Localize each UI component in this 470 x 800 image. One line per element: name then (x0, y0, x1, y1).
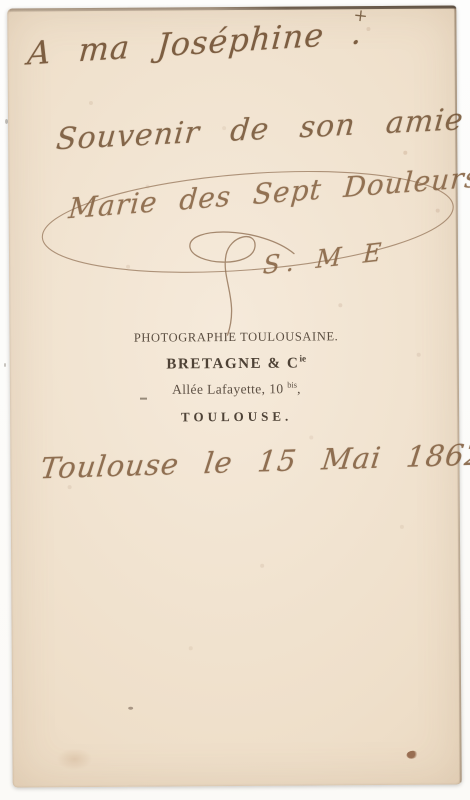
stamp-print-artifact (140, 398, 147, 400)
stamp-address-line: Allée Lafayette, 10 bis, (12, 380, 461, 397)
dedication-line: A ma Joséphine . (26, 13, 364, 72)
foxing-freckles (7, 9, 9, 11)
age-stain-speck (128, 707, 133, 710)
carte-de-visite-back: + A ma Joséphine . Souvenir de son amie … (7, 5, 461, 787)
flourish-stroke (190, 232, 295, 336)
age-stain-spot (406, 751, 417, 759)
stamp-studio-line: PHOTOGRAPHIE TOULOUSAINE. (12, 329, 461, 345)
corner-foxing-stain (56, 748, 92, 770)
scanned-photo-background: + A ma Joséphine . Souvenir de son amie … (0, 0, 470, 800)
photographer-stamp: PHOTOGRAPHIE TOULOUSAINE. BRETAGNE & Cie… (12, 329, 462, 424)
date-line: Toulouse le 15 Mai 1862. (38, 437, 470, 485)
scan-dust-speck (4, 363, 6, 367)
stamp-address-superscript: bis (287, 380, 297, 389)
souvenir-line: Souvenir de son amie . (55, 100, 470, 157)
stamp-firm-superscript: ie (299, 354, 306, 364)
stamp-firm-text: BRETAGNE & C (166, 355, 299, 372)
stamp-address-text: Allée Lafayette, 10 (172, 381, 287, 397)
stamp-address-comma: , (297, 381, 301, 396)
stamp-firm-line: BRETAGNE & Cie (12, 354, 461, 373)
stamp-city-line: TOULOUSE. (12, 408, 461, 424)
